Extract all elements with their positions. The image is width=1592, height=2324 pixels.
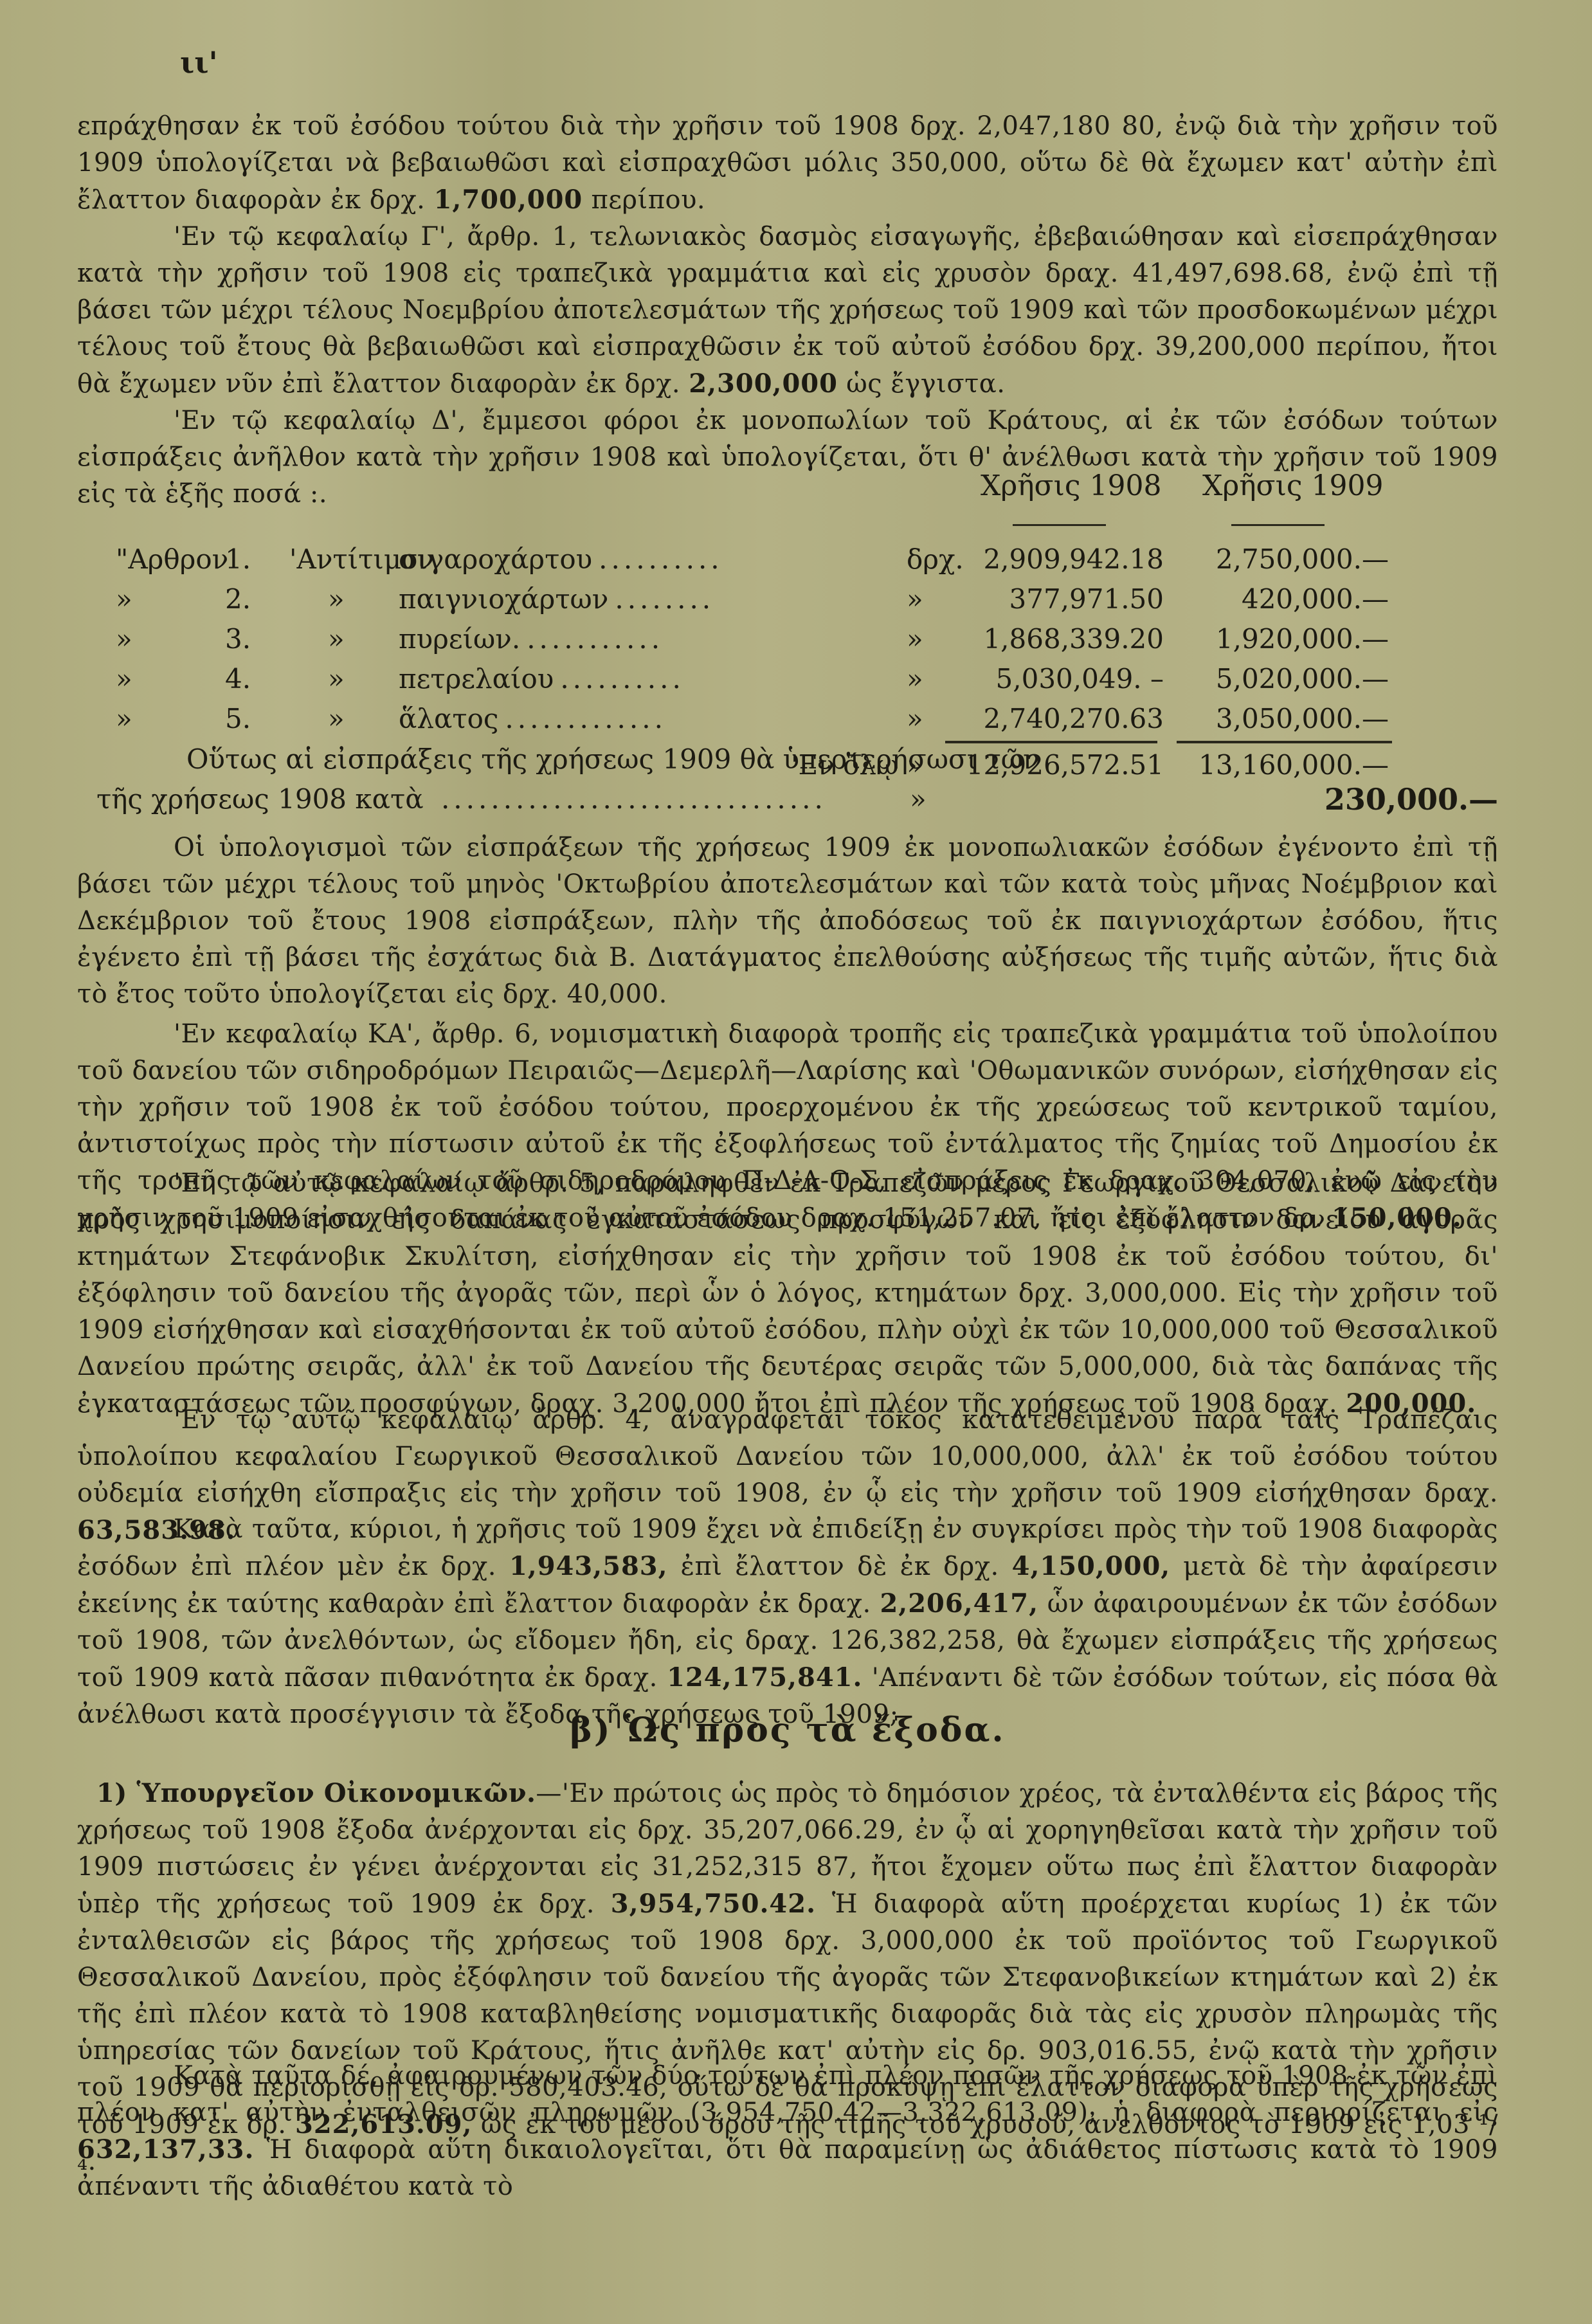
- item-name: παιγνιοχάρτων........: [399, 583, 714, 615]
- amount-bold: 1,700,000: [434, 185, 583, 215]
- article-label: »: [116, 623, 132, 655]
- item-name: πετρελαίου..........: [399, 663, 685, 694]
- surplus-amount: 230,000.—: [1286, 779, 1498, 819]
- item-name: ἅλατος.............: [399, 703, 667, 734]
- currency: »: [907, 623, 923, 655]
- section-heading-expenses: β) Ὡς πρὸς τὰ ἔξοδα.: [77, 1711, 1498, 1750]
- amount-bold: 2,300,000: [689, 368, 838, 399]
- value-1908: 1,868,339.20: [958, 623, 1164, 655]
- value-1908: 2,909,942.18: [958, 543, 1164, 575]
- value-1909: 2,750,000.—: [1177, 543, 1389, 575]
- article-number: 5.: [225, 703, 251, 734]
- article-number: 3.: [225, 623, 251, 655]
- article-number: 4.: [225, 663, 251, 694]
- value-1909: 1,920,000.—: [1177, 623, 1389, 655]
- table-row: "Αρθρον1.'Αντίτιμονσιγαροχάρτου.........…: [116, 543, 1453, 582]
- column-header-1909: Χρῆσις 1909: [1202, 469, 1383, 502]
- article-label: »: [116, 703, 132, 734]
- paragraph-tobacco-revenue: επράχθησαν ἐκ τοῦ ἐσόδου τούτου διὰ τὴν …: [77, 108, 1498, 219]
- page-number: ιι': [180, 45, 218, 80]
- article-label: "Αρθρον: [116, 543, 228, 575]
- column-header-1908: Χρῆσις 1908: [981, 469, 1161, 502]
- item-label: »: [328, 703, 345, 734]
- item-label: »: [328, 623, 345, 655]
- table-row: »4.»πετρελαίου..........»5,030,049. –5,0…: [116, 663, 1453, 702]
- currency: δρχ.: [907, 543, 964, 575]
- value-1908: 2,740,270.63: [958, 703, 1164, 734]
- value-1908: 5,030,049. –: [958, 663, 1164, 694]
- header-rule: [1013, 524, 1106, 526]
- paragraph-revenue-summary: Κατὰ ταῦτα, κύριοι, ἡ χρῆσις τοῦ 1909 ἔχ…: [77, 1511, 1498, 1733]
- header-rule: [1231, 524, 1325, 526]
- item-name: σιγαροχάρτου..........: [399, 543, 723, 575]
- paragraph-final-difference: Κατὰ ταῦτα δέ, ἀφαιρουμένων τῶν δύο τούτ…: [77, 2058, 1498, 2205]
- article-label: »: [116, 583, 132, 615]
- value-1909: 420,000.—: [1177, 583, 1389, 615]
- value-1909: 3,050,000.—: [1177, 703, 1389, 734]
- table-row: »2.»παιγνιοχάρτων........»377,971.50420,…: [116, 583, 1453, 622]
- ministry-heading: 1) Ὑπουργεῖον Οἰκονομικῶν.: [96, 1778, 536, 1808]
- currency: »: [907, 703, 923, 734]
- article-label: »: [116, 663, 132, 694]
- table-row: »3.»πυρείων............»1,868,339.201,92…: [116, 623, 1453, 662]
- item-name: πυρείων............: [399, 623, 664, 655]
- currency: »: [907, 663, 923, 694]
- value-1909: 5,020,000.—: [1177, 663, 1389, 694]
- paragraph-thessalian-loan: 'Εν τῷ αὐτῷ κεφαλαίῳ ἄρθρ. 5, παραληφθὲν…: [77, 1165, 1498, 1422]
- surplus-statement: Οὕτως αἱ εἰσπράξεις τῆς χρήσεως 1909 θὰ …: [96, 740, 1511, 819]
- table-row: »5.»ἅλατος.............»2,740,270.633,05…: [116, 703, 1453, 741]
- item-label: »: [328, 583, 345, 615]
- paragraph-customs-duty: 'Εν τῷ κεφαλαίῳ Γ', ἄρθρ. 1, τελωνιακὸς …: [77, 219, 1498, 403]
- currency: »: [907, 583, 923, 615]
- article-number: 2.: [225, 583, 251, 615]
- value-1908: 377,971.50: [958, 583, 1164, 615]
- item-label: »: [328, 663, 345, 694]
- article-number: 1.: [225, 543, 251, 575]
- paragraph-monopoly-calculations: Οἱ ὑπολογισμοὶ τῶν εἰσπράξεων τῆς χρήσεω…: [77, 830, 1498, 1013]
